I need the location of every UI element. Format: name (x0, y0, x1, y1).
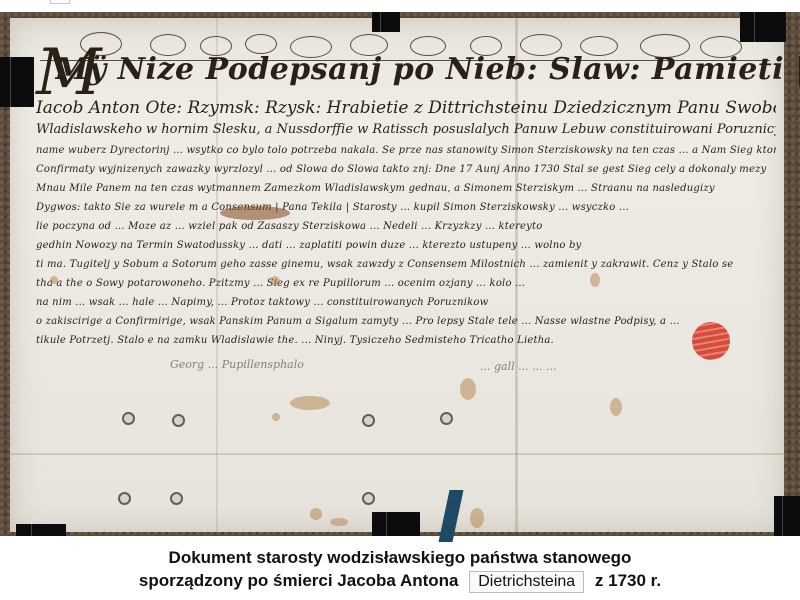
text-line: Confirmaty wyjnizenych zawazky wyrzlozyl… (36, 164, 776, 175)
binder-clip-icon (774, 496, 800, 536)
binder-clip-icon (740, 12, 786, 42)
wax-seal-icon (692, 322, 730, 360)
caption-line-2: sporządzony po śmierci Jacoba Antona Die… (0, 569, 800, 593)
text-line: lie poczyna od ... Moze az ... wziel pak… (36, 221, 776, 232)
caption-text: z 1730 r. (595, 571, 661, 590)
signature: Georg ... Pupillensphalo (170, 358, 304, 371)
parchment-sheet: M Mÿ Nize Podepsanj po Nieb: Slaw: Pamie… (10, 18, 784, 532)
name-field[interactable]: Dietrichsteina (469, 571, 584, 593)
binder-clip-icon (16, 524, 66, 536)
fold-line (10, 453, 784, 455)
caption-line-1: Dokument starosty wodzisławskiego państw… (0, 546, 800, 569)
text-line: Dygwos: takto Sie za wurele m a Consensu… (36, 202, 776, 213)
text-line: o zakiscirige a Confirmirige, wsak Pansk… (36, 316, 776, 327)
binder-clip-icon (372, 12, 400, 32)
text-line: gedhin Nowozy na Termin Swatodussky ... … (36, 240, 776, 251)
text-line: Iacob Anton Ote: Rzymsk: Rzysk: Hrabieti… (36, 98, 776, 118)
binder-clip-icon (372, 512, 420, 536)
document-photo: M Mÿ Nize Podepsanj po Nieb: Slaw: Pamie… (0, 12, 800, 536)
top-edge-tab (50, 0, 70, 4)
signature: ... gall ... ... ... (480, 360, 557, 373)
text-line: tha a the o Sowy potarowoneho. Pzitzmy .… (36, 278, 776, 289)
ribbon (438, 490, 463, 542)
text-line: na nim ... wsak ... hale ... Napimy, ...… (36, 297, 776, 308)
document-heading: Mÿ Nize Podepsanj po Nieb: Slaw: Pamieti… (55, 52, 800, 87)
text-line: name wuberz Dyrectorinj ... wsytko co by… (36, 145, 776, 156)
caption: Dokument starosty wodzisławskiego państw… (0, 546, 800, 593)
text-line: Mnau Mile Panem na ten czas wytmannem Za… (36, 183, 776, 194)
text-line: ti ma. Tugitelj y Sobum a Sotorum geho z… (36, 259, 776, 270)
caption-text: sporządzony po śmierci Jacoba Antona (139, 571, 459, 590)
text-line: Wladislawskeho w hornim Slesku, a Nussdo… (36, 122, 776, 137)
text-line: tikule Potrzetj. Stalo e na zamku Wladis… (36, 335, 696, 346)
binder-clip-icon (0, 57, 34, 107)
